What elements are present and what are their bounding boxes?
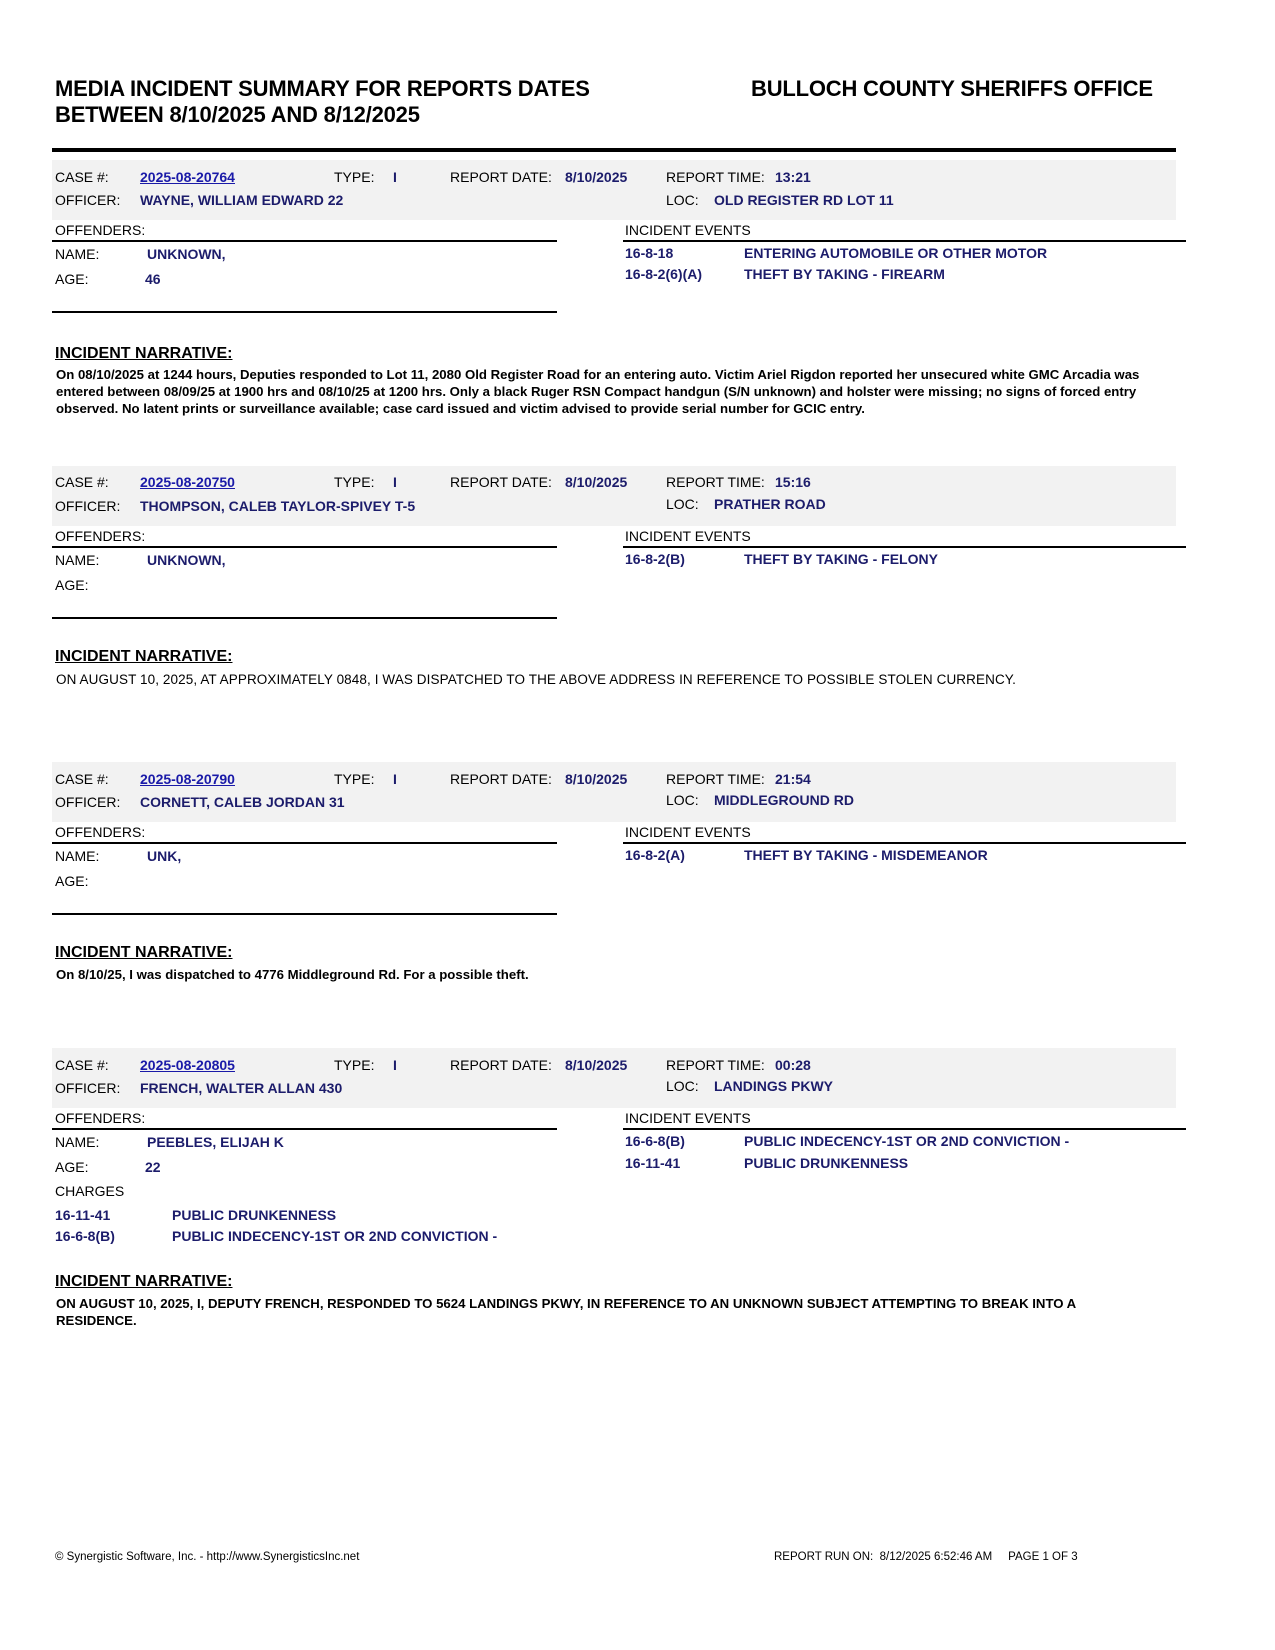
event-description: PUBLIC DRUNKENNESS [744,1155,908,1171]
loc-value: PRATHER ROAD [714,496,826,512]
case-number-label: CASE #: [55,474,109,490]
narrative-title: INCIDENT NARRATIVE: [55,1273,232,1291]
event-code: 16-8-2(6)(A) [625,266,702,282]
event-code: 16-8-18 [625,245,673,261]
offenders-bottom-rule [52,311,557,313]
offender-name-value: UNKNOWN, [147,246,226,262]
offender-name-label: NAME: [55,552,99,568]
incident-events-header: INCIDENT EVENTS [625,1110,751,1126]
event-code: 16-8-2(B) [625,551,685,567]
offender-age-value: 22 [145,1159,161,1175]
type-value: I [393,771,397,787]
report-date-label: REPORT DATE: [450,771,552,787]
offenders-events-section: OFFENDERS: NAME: UNKNOWN, AGE: 46 INCIDE… [52,220,1176,320]
offenders-rule [52,842,557,844]
event-code: 16-11-41 [625,1155,680,1171]
footer-copyright: © Synergistic Software, Inc. - http://ww… [55,1551,359,1563]
case-number-link[interactable]: 2025-08-20750 [140,474,235,490]
offenders-events-section: OFFENDERS: NAME: UNKNOWN, AGE: INCIDENT … [52,526,1176,626]
charges-header: CHARGES [55,1183,124,1199]
event-description: THEFT BY TAKING - MISDEMEANOR [744,847,988,863]
incident-events-header: INCIDENT EVENTS [625,528,751,544]
report-date-value: 8/10/2025 [565,474,627,490]
report-date-value: 8/10/2025 [565,771,627,787]
narrative-title: INCIDENT NARRATIVE: [55,944,232,962]
offender-name-label: NAME: [55,1134,99,1150]
offender-age-label: AGE: [55,1159,88,1175]
charge-description: PUBLIC DRUNKENNESS [172,1207,336,1223]
offenders-rule [52,1128,557,1130]
case-info-band: CASE #: 2025-08-20764 TYPE: I REPORT DAT… [52,160,1176,220]
report-time-value: 13:21 [775,169,811,185]
offenders-header: OFFENDERS: [55,1110,145,1126]
loc-label: LOC: [666,1078,699,1094]
officer-value: CORNETT, CALEB JORDAN 31 [140,794,345,810]
report-date-value: 8/10/2025 [565,1057,627,1073]
type-label: TYPE: [334,1057,374,1073]
case-info-band: CASE #: 2025-08-20805 TYPE: I REPORT DAT… [52,1048,1176,1108]
loc-label: LOC: [666,792,699,808]
report-date-label: REPORT DATE: [450,474,552,490]
case-number-label: CASE #: [55,1057,109,1073]
incident-events-rule [623,1128,1186,1130]
offender-name-label: NAME: [55,848,99,864]
officer-label: OFFICER: [55,1080,120,1096]
case-block: CASE #: 2025-08-20750 TYPE: I REPORT DAT… [52,466,1176,626]
report-time-value: 15:16 [775,474,811,490]
incident-events-rule [623,842,1186,844]
offender-age-label: AGE: [55,271,88,287]
header-divider [52,148,1176,152]
narrative-text: ON AUGUST 10, 2025, AT APPROXIMATELY 084… [56,671,1146,688]
offenders-bottom-rule [52,617,557,619]
offender-age-value: 46 [145,271,161,287]
charge-code: 16-6-8(B) [55,1228,115,1244]
loc-value: OLD REGISTER RD LOT 11 [714,192,894,208]
loc-value: LANDINGS PKWY [714,1078,833,1094]
offenders-events-section: OFFENDERS: NAME: UNK, AGE: INCIDENT EVEN… [52,822,1176,922]
narrative-text: On 08/10/2025 at 1244 hours, Deputies re… [56,366,1146,417]
type-label: TYPE: [334,169,374,185]
case-number-link[interactable]: 2025-08-20764 [140,169,235,185]
case-number-label: CASE #: [55,169,109,185]
loc-label: LOC: [666,496,699,512]
report-time-label: REPORT TIME: [666,1057,765,1073]
report-title: MEDIA INCIDENT SUMMARY FOR REPORTS DATES… [55,76,590,128]
report-title-line2: BETWEEN 8/10/2025 AND 8/12/2025 [55,102,590,128]
event-description: THEFT BY TAKING - FELONY [744,551,938,567]
officer-value: THOMPSON, CALEB TAYLOR-SPIVEY T-5 [140,498,415,514]
type-label: TYPE: [334,771,374,787]
offenders-header: OFFENDERS: [55,528,145,544]
case-block: CASE #: 2025-08-20805 TYPE: I REPORT DAT… [52,1048,1176,1258]
narrative-text: ON AUGUST 10, 2025, I, DEPUTY FRENCH, RE… [56,1295,1146,1329]
offender-age-label: AGE: [55,873,88,889]
officer-label: OFFICER: [55,192,120,208]
offenders-bottom-rule [52,913,557,915]
offender-name-value: PEEBLES, ELIJAH K [147,1134,284,1150]
report-time-value: 00:28 [775,1057,811,1073]
type-value: I [393,169,397,185]
report-time-value: 21:54 [775,771,811,787]
narrative-text: On 8/10/25, I was dispatched to 4776 Mid… [56,966,1146,983]
narrative-title: INCIDENT NARRATIVE: [55,345,232,363]
offender-age-label: AGE: [55,577,88,593]
case-number-link[interactable]: 2025-08-20805 [140,1057,235,1073]
event-description: PUBLIC INDECENCY-1ST OR 2ND CONVICTION - [744,1133,1069,1149]
offender-name-value: UNKNOWN, [147,552,226,568]
type-value: I [393,474,397,490]
report-date-label: REPORT DATE: [450,169,552,185]
event-code: 16-8-2(A) [625,847,685,863]
event-code: 16-6-8(B) [625,1133,685,1149]
loc-value: MIDDLEGROUND RD [714,792,854,808]
incident-events-rule [623,240,1186,242]
offenders-header: OFFENDERS: [55,222,145,238]
officer-label: OFFICER: [55,794,120,810]
offender-name-value: UNK, [147,848,181,864]
incident-events-rule [623,546,1186,548]
report-title-line1: MEDIA INCIDENT SUMMARY FOR REPORTS DATES [55,76,590,102]
agency-name: BULLOCH COUNTY SHERIFFS OFFICE [751,76,1153,102]
officer-value: FRENCH, WALTER ALLAN 430 [140,1080,342,1096]
footer-report-run: REPORT RUN ON: 8/12/2025 6:52:46 AM PAGE… [774,1551,1078,1563]
case-number-label: CASE #: [55,771,109,787]
offenders-header: OFFENDERS: [55,824,145,840]
case-block: CASE #: 2025-08-20764 TYPE: I REPORT DAT… [52,160,1176,320]
report-time-label: REPORT TIME: [666,169,765,185]
case-block: CASE #: 2025-08-20790 TYPE: I REPORT DAT… [52,762,1176,922]
offenders-events-section: OFFENDERS: NAME: PEEBLES, ELIJAH K AGE: … [52,1108,1176,1258]
type-value: I [393,1057,397,1073]
officer-label: OFFICER: [55,498,120,514]
charge-code: 16-11-41 [55,1207,110,1223]
case-info-band: CASE #: 2025-08-20790 TYPE: I REPORT DAT… [52,762,1176,822]
event-description: ENTERING AUTOMOBILE OR OTHER MOTOR [744,245,1047,261]
type-label: TYPE: [334,474,374,490]
incident-events-header: INCIDENT EVENTS [625,222,751,238]
report-date-label: REPORT DATE: [450,1057,552,1073]
offenders-rule [52,240,557,242]
offenders-rule [52,546,557,548]
event-description: THEFT BY TAKING - FIREARM [744,266,945,282]
report-time-label: REPORT TIME: [666,474,765,490]
offender-name-label: NAME: [55,246,99,262]
narrative-title: INCIDENT NARRATIVE: [55,648,232,666]
case-number-link[interactable]: 2025-08-20790 [140,771,235,787]
charge-description: PUBLIC INDECENCY-1ST OR 2ND CONVICTION - [172,1228,497,1244]
report-date-value: 8/10/2025 [565,169,627,185]
case-info-band: CASE #: 2025-08-20750 TYPE: I REPORT DAT… [52,466,1176,526]
report-time-label: REPORT TIME: [666,771,765,787]
loc-label: LOC: [666,192,699,208]
incident-events-header: INCIDENT EVENTS [625,824,751,840]
officer-value: WAYNE, WILLIAM EDWARD 22 [140,192,343,208]
